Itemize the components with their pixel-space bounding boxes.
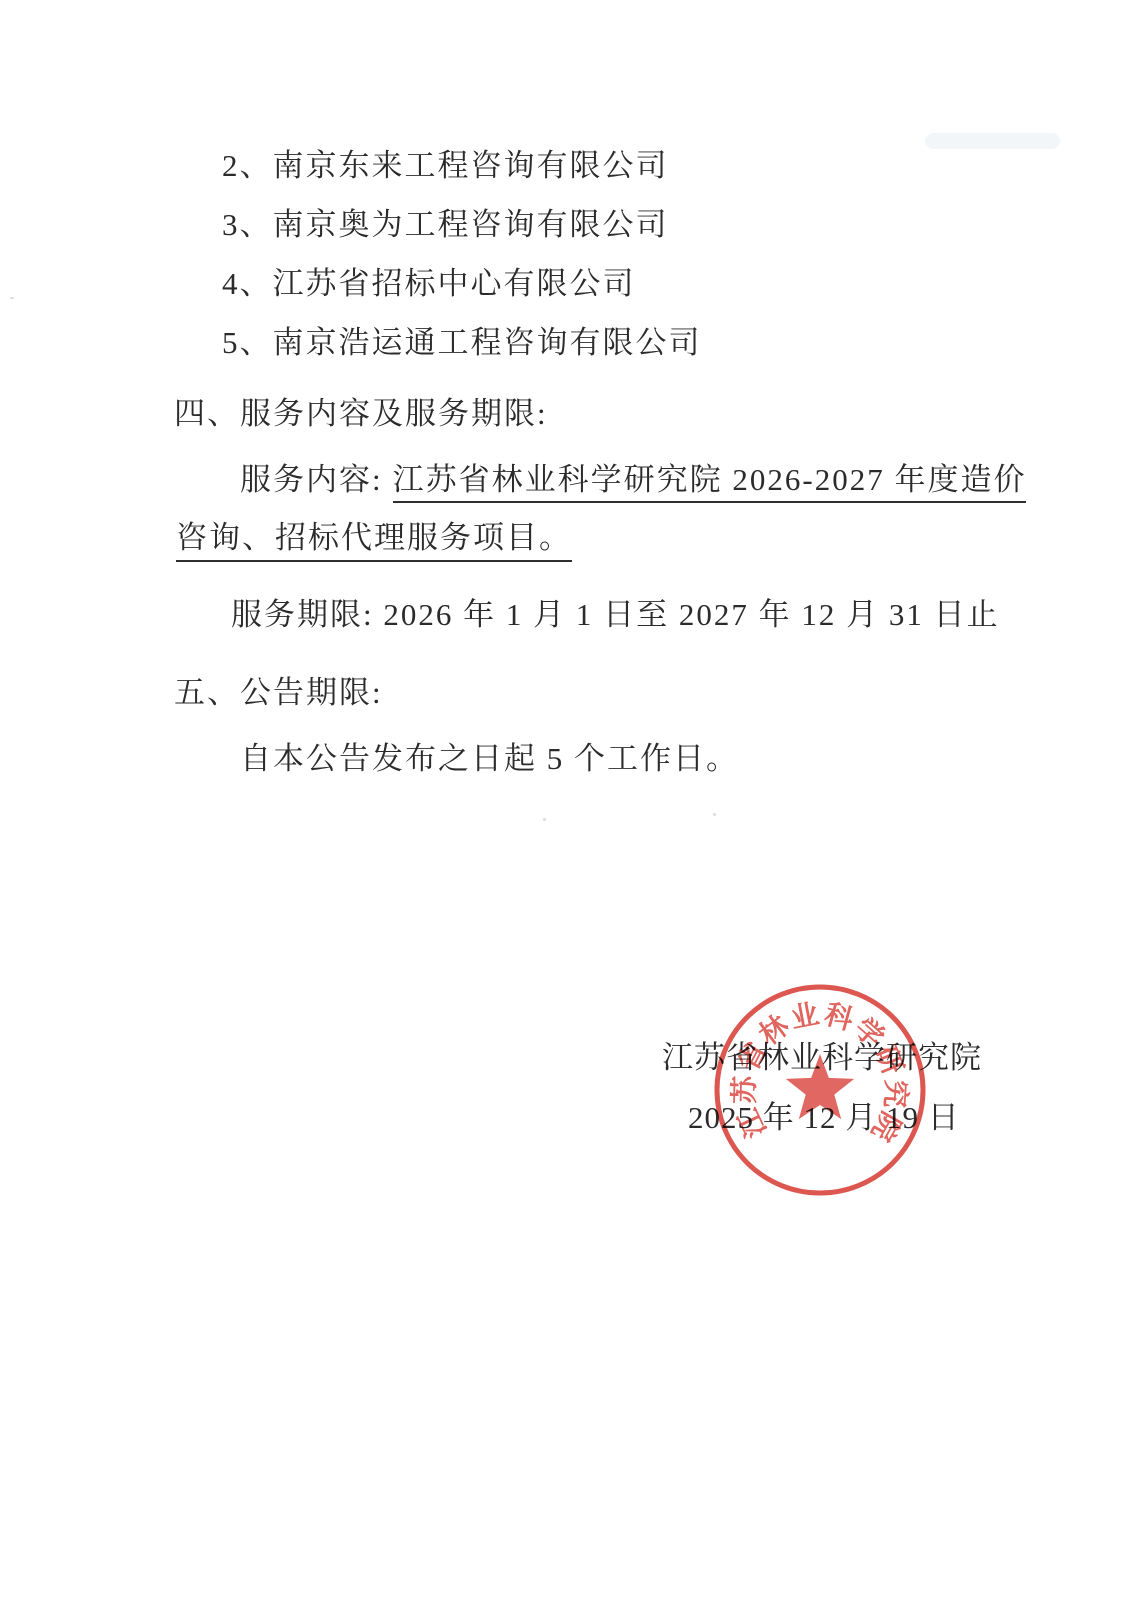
official-seal-graphic: 江苏省林业科学研究院 [710,980,930,1200]
service-content-value-line1: 江苏省林业科学研究院 2026-2027 年度造价 [393,462,1027,503]
list-item-5: 5、南京浩运通工程咨询有限公司 [222,325,702,361]
signature-date: 2025 年 12 月 19 日 [688,1100,960,1136]
section-service-heading: 四、服务内容及服务期限: [174,396,548,432]
list-item-3: 3、南京奥为工程咨询有限公司 [222,207,669,243]
scan-speck [10,297,14,299]
service-period-line: 服务期限: 2026 年 1 月 1 日至 2027 年 12 月 31 日止 [231,597,1000,633]
list-item-4: 4、江苏省招标中心有限公司 [222,266,636,302]
scan-speck [713,813,716,816]
service-content-line1: 服务内容:江苏省林业科学研究院 2026-2027 年度造价 [240,462,1026,498]
scan-speck [543,818,546,821]
document-page: 2、南京东来工程咨询有限公司 3、南京奥为工程咨询有限公司 4、江苏省招标中心有… [0,0,1131,1600]
service-content-value-line2: 咨询、招标代理服务项目。 [176,520,572,562]
seal-ring [717,987,923,1193]
official-seal: 江苏省林业科学研究院 [710,980,930,1200]
notice-period-body: 自本公告发布之日起 5 个工作日。 [240,741,739,777]
service-content-label: 服务内容: [240,462,383,497]
list-item-2: 2、南京东来工程咨询有限公司 [222,148,669,184]
signature-org-name: 江苏省林业科学研究院 [662,1040,982,1076]
section-notice-heading: 五、公告期限: [174,675,383,711]
scan-smudge [925,133,1060,149]
